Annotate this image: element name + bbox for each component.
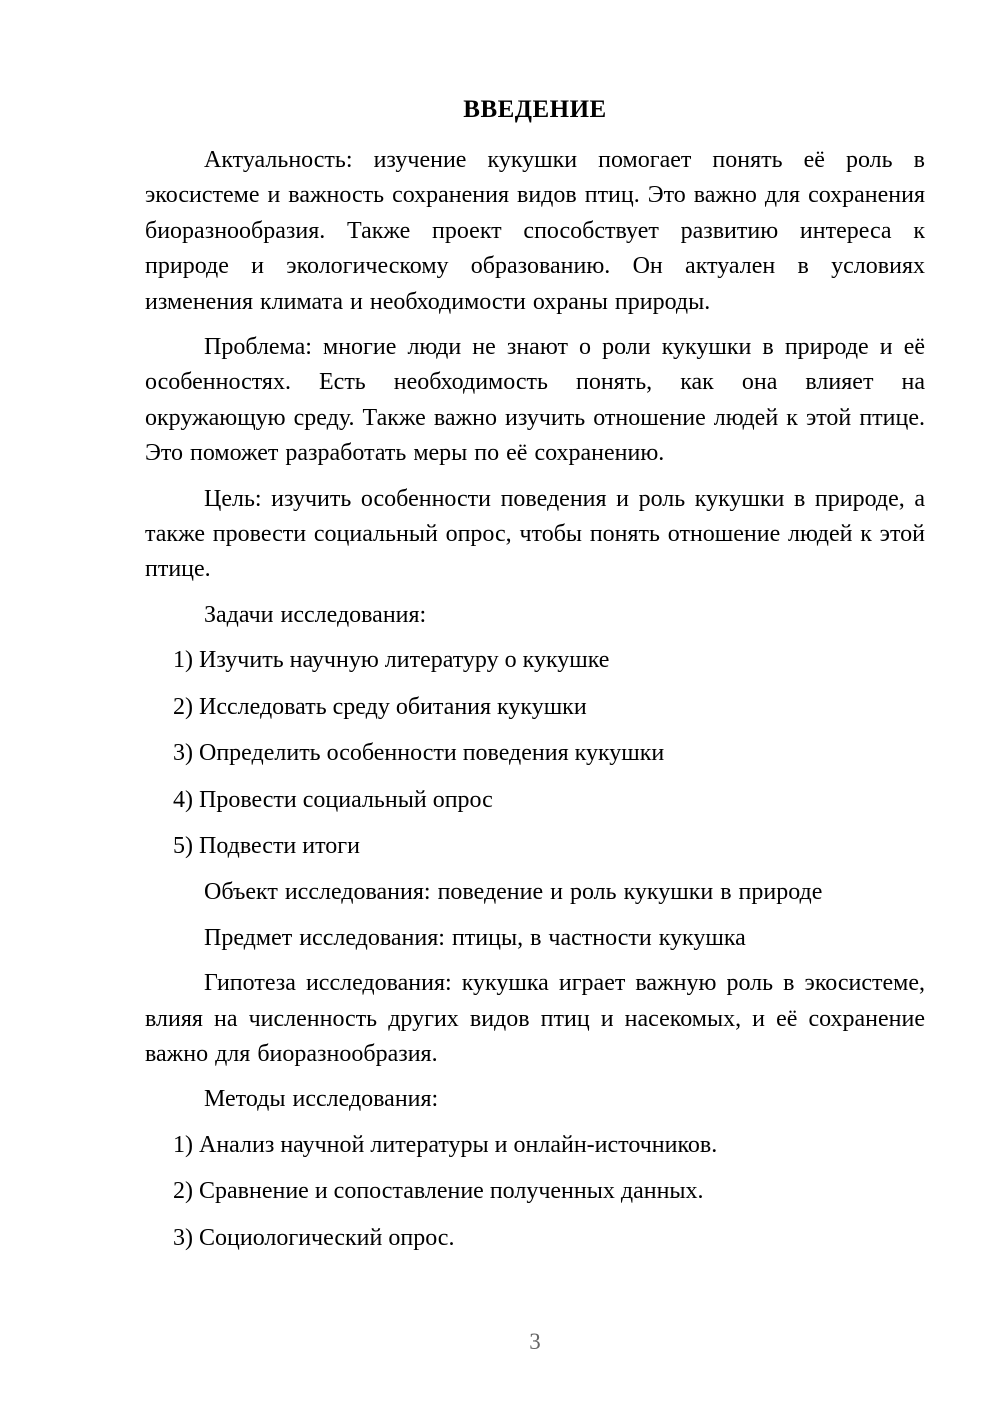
task-list-item-5: 5) Подвести итоги	[173, 829, 925, 864]
task-list-item-3: 3) Определить особенности поведения куку…	[173, 736, 925, 771]
method-list-item-3: 3) Социологический опрос.	[173, 1221, 925, 1256]
task-list-item-2: 2) Исследовать среду обитания кукушки	[173, 690, 925, 725]
task-list-item-1: 1) Изучить научную литературу о кукушке	[173, 643, 925, 678]
document-content: ВВЕДЕНИЕ Актуальность: изучение кукушки …	[145, 91, 925, 1267]
paragraph-problem: Проблема: многие люди не знают о роли ку…	[145, 330, 925, 472]
page-number: 3	[145, 1327, 925, 1357]
method-list-item-2: 2) Сравнение и сопоставление полученных …	[173, 1174, 925, 1209]
paragraph-goal: Цель: изучить особенности поведения и ро…	[145, 482, 925, 588]
paragraph-object: Объект исследования: поведение и роль ку…	[145, 875, 925, 910]
paragraph-methods-heading: Методы исследования:	[145, 1082, 925, 1117]
method-list-item-1: 1) Анализ научной литературы и онлайн-ис…	[173, 1128, 925, 1163]
paragraph-tasks-heading: Задачи исследования:	[145, 598, 925, 633]
task-list-item-4: 4) Провести социальный опрос	[173, 783, 925, 818]
paragraph-relevance: Актуальность: изучение кукушки помогает …	[145, 143, 925, 320]
paragraph-subject: Предмет исследования: птицы, в частности…	[145, 921, 925, 956]
document-page: ВВЕДЕНИЕ Актуальность: изучение кукушки …	[0, 0, 1000, 1414]
paragraph-hypothesis: Гипотеза исследования: кукушка играет ва…	[145, 966, 925, 1072]
section-title: ВВЕДЕНИЕ	[145, 91, 925, 128]
